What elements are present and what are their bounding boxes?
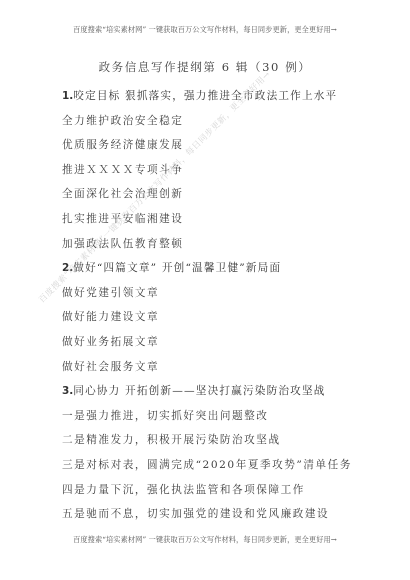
outline-item: 扎实推进平安临湘建设: [62, 211, 390, 236]
outline-item: 三是对标对表，圆满完成“2020年夏季攻势”清单任务: [62, 457, 390, 482]
outline-item: 做好党建引领文章: [62, 285, 390, 310]
line-text: 同心协力 开拓创新——坚决打赢污染防治攻坚战: [73, 385, 325, 397]
outline-item: 五是驰而不息，切实加强党的建设和党风廉政建设: [62, 506, 390, 531]
section-number: 1.: [62, 90, 73, 102]
outline-item: 加强政法队伍教育整顿: [62, 236, 390, 261]
outline-item: 做好能力建设文章: [62, 309, 390, 334]
section-number: 3.: [62, 385, 73, 397]
section-number: 2.: [62, 262, 73, 274]
page-header-banner: 百度搜索“培实素材网” 一键获取百万公文写作材料，每日同步更新，更全更好用→: [0, 25, 410, 35]
page-footer-banner: 百度搜索“培实素材网” 一键获取百万公文写作材料，每日同步更新，更全更好用→: [0, 535, 410, 545]
outline-item: 优质服务经济健康发展: [62, 137, 390, 162]
outline-item: 全力维护政治安全稳定: [62, 113, 390, 138]
outline-item: 做好业务拓展文章: [62, 334, 390, 359]
outline-item: 二是精准发力，积极开展污染防治攻坚战: [62, 432, 390, 457]
outline-item: 推进ＸＸＸＸ专项斗争: [62, 162, 390, 187]
section-heading-1: 1.咬定目标 狠抓落实，强力推进全市政法工作上水平: [62, 88, 390, 113]
document-title: 政务信息写作提纲第 6 辑（30 例）: [0, 59, 410, 75]
section-heading-3: 3.同心协力 开拓创新——坚决打赢污染防治攻坚战: [62, 383, 390, 408]
outline-item: 做好社会服务文章: [62, 359, 390, 384]
section-heading-2: 2.做好“四篇文章” 开创“温馨卫健”新局面: [62, 260, 390, 285]
outline-item: 一是强力推进，切实抓好突出问题整改: [62, 408, 390, 433]
line-text: 咬定目标 狠抓落实，强力推进全市政法工作上水平: [73, 90, 337, 102]
line-text: 做好“四篇文章” 开创“温馨卫健”新局面: [73, 262, 281, 274]
document-body: 1.咬定目标 狠抓落实，强力推进全市政法工作上水平 全力维护政治安全稳定 优质服…: [62, 88, 390, 531]
outline-item: 四是力量下沉，强化执法监管和各项保障工作: [62, 482, 390, 507]
outline-item: 全面深化社会治理创新: [62, 186, 390, 211]
